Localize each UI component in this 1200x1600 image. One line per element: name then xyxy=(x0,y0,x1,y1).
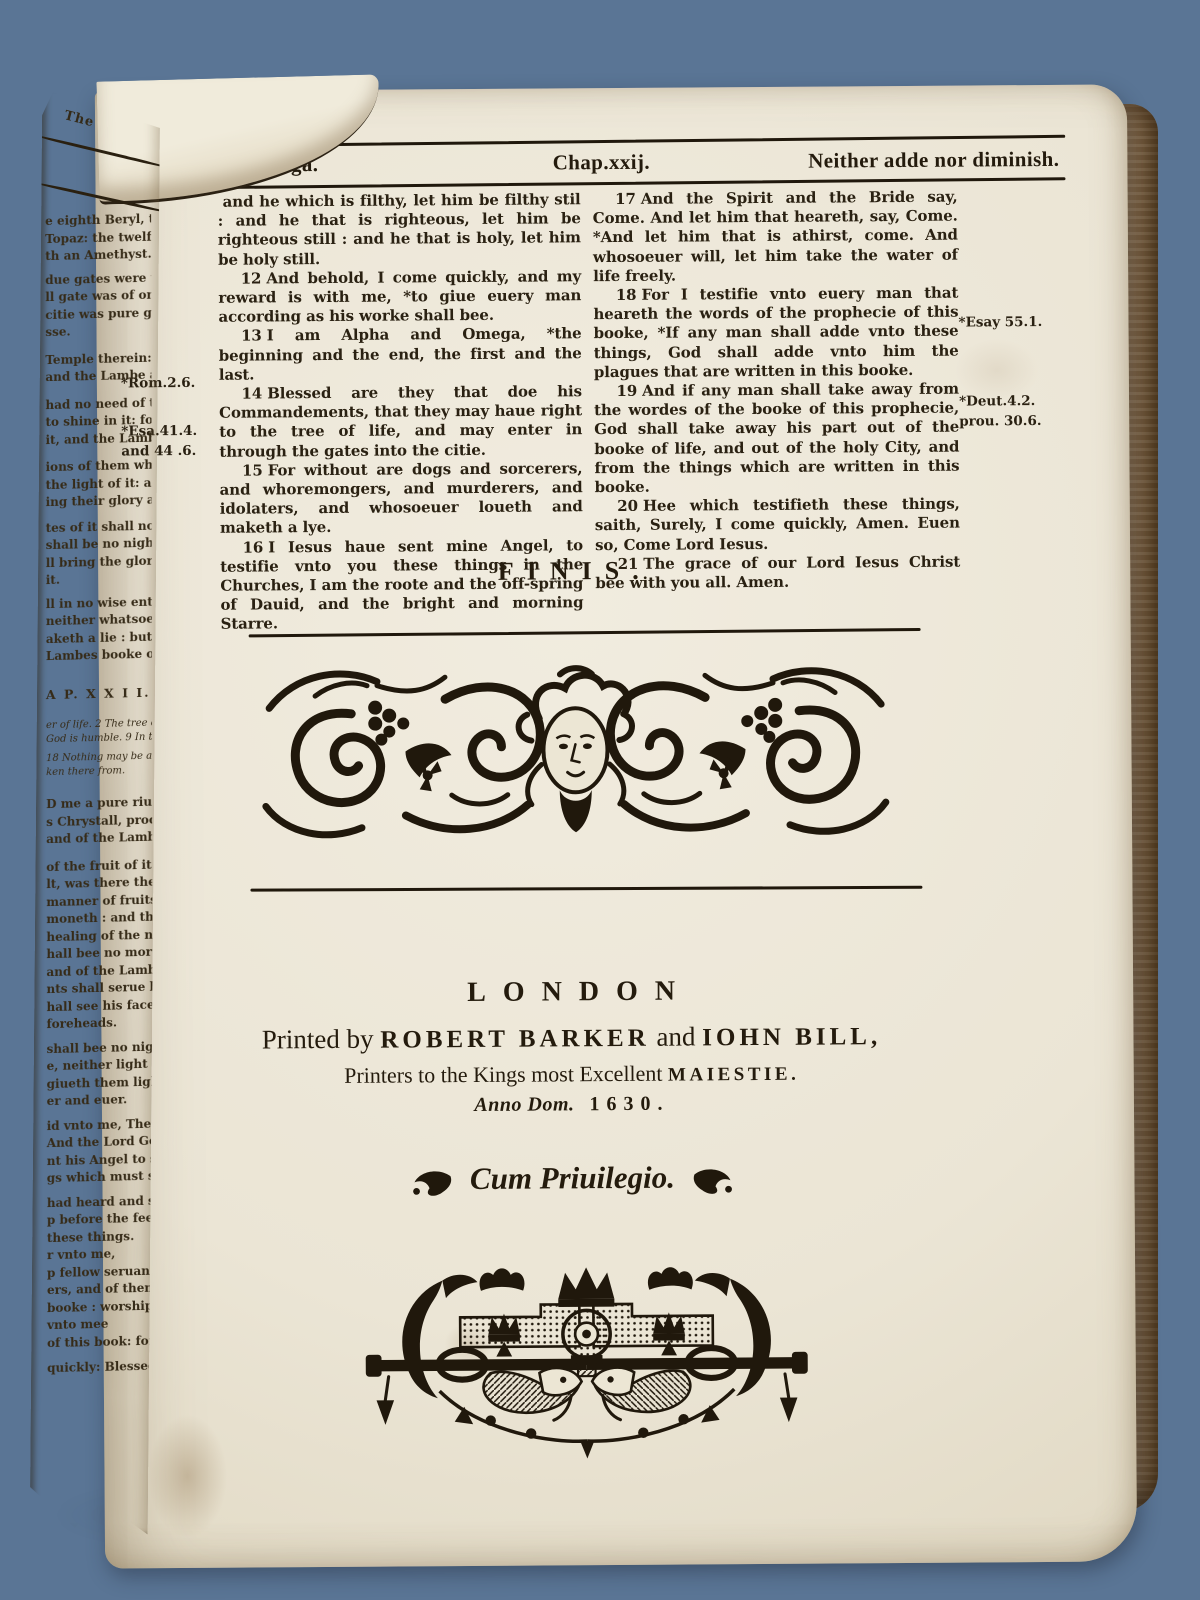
text-fragment-line: and the Lambe ar xyxy=(37,367,151,387)
scripture-column-right: 17And the Spirit and the Bride say, Come… xyxy=(593,188,961,594)
verse-number: 15 xyxy=(242,461,268,479)
divider-rule-below-headpiece xyxy=(250,886,922,891)
headpiece-woodcut-ornament xyxy=(255,652,896,856)
imprint-majesty-line: Printers to the Kings most Excellent Mai… xyxy=(102,1058,1042,1091)
verse-text: And if any man shall take away from the … xyxy=(594,380,960,497)
text-fragment-line: D me a pure riuer of w xyxy=(38,794,152,814)
verse-number: 16 xyxy=(242,538,268,556)
margin-note: prou. 30.6. xyxy=(959,413,1041,430)
printer-name-iohn-bill: Iohn Bill, xyxy=(702,1023,881,1051)
text-fragment-line: er and euer. xyxy=(39,1091,153,1111)
text-fragment-line: moneth : and the leau xyxy=(38,909,152,929)
text-fragment-line: and of the Lamb xyxy=(38,829,152,849)
text-fragment-line: e, neither light of the xyxy=(39,1056,153,1076)
cum-privilegio-text: Cum Priuilegio. xyxy=(470,1160,675,1196)
text-fragment-line: ing their glory and h xyxy=(38,492,152,512)
photograph-of-antique-bible-page: { "colors": { "background": "#5a7595", "… xyxy=(0,0,1200,1600)
margin-note: *Esay 55.1. xyxy=(958,314,1042,331)
verse-number: 14 xyxy=(241,384,267,402)
text-fragment-line: neither whatsoeuer w xyxy=(38,611,152,631)
anno-dom-text: Anno Dom. xyxy=(474,1093,574,1116)
verse-text: And behold, I come quickly, and my rewar… xyxy=(218,267,581,326)
cum-privilegio-line: Cum Priuilegio. xyxy=(102,1157,1042,1200)
main-page: Alpha and Omega. Chap.xxij. Neither adde… xyxy=(95,84,1137,1568)
text-fragment-line: quickly: Blessed xyxy=(39,1358,153,1378)
year-text: 1630. xyxy=(579,1093,669,1116)
imprint-block: LONDON Printed by Robert Barker and Iohn… xyxy=(101,973,1042,1120)
majesty-line-prefix: Printers to the Kings most Excellent xyxy=(344,1061,663,1088)
text-fragment-line: e eighth Beryl, the nin xyxy=(37,211,151,231)
text-fragment-line: booke : worship God xyxy=(39,1297,153,1317)
printed-by-text: Printed by xyxy=(262,1024,374,1055)
verse-number: 12 xyxy=(241,269,267,287)
verse-text: I am Alpha and Omega, *the beginning and… xyxy=(219,325,582,384)
text-fragment-line: nts shall serue him. xyxy=(38,979,152,999)
text-fragment-line: 18 Nothing may be ad xyxy=(38,750,152,767)
verse-paragraph: 14Blessed are they that doe his Commande… xyxy=(219,382,583,461)
text-fragment-line: ken there from. xyxy=(38,764,152,781)
verse-paragraph: 15For without are dogs and sorcerers, an… xyxy=(219,459,583,538)
text-fragment-line: hall bee no more curs xyxy=(38,944,152,964)
text-fragment-line: th an Amethyst. xyxy=(37,246,151,266)
and-text: and xyxy=(656,1021,695,1051)
text-fragment-line: gs which must short xyxy=(39,1168,153,1188)
text-fragment-line: ions of them which a xyxy=(38,457,152,477)
margin-notes-right: *Esay 55.1.*Deut.4.2.prou. 30.6. xyxy=(958,187,1098,188)
previous-page-edge: The e eighth Beryl, the ninTopaz: the tw… xyxy=(30,84,161,1535)
text-fragment-line: it. xyxy=(38,570,152,590)
verse-text: For I testifie vnto euery man that heare… xyxy=(593,284,958,381)
verse-paragraph: and he which is filthy, let him be filth… xyxy=(218,190,582,269)
verse-number: 20 xyxy=(617,497,643,515)
previous-page-header-rule xyxy=(37,182,161,214)
text-fragment-line: lt, was there the tree xyxy=(38,874,152,894)
verse-number: 18 xyxy=(616,286,642,304)
text-fragment-line: hall see his face, and xyxy=(38,996,152,1016)
text-fragment-line: A P. X X I I. xyxy=(38,683,152,703)
imprint-date-line: Anno Dom. 1630. xyxy=(102,1090,1042,1120)
text-fragment-line: sse. xyxy=(37,322,151,342)
majesty-word: Maiestie. xyxy=(668,1064,799,1086)
text-fragment-line: it, and the Lambe i xyxy=(37,429,151,449)
text-fragment-line: shall be no night the xyxy=(38,535,152,555)
imprint-printers-line: Printed by Robert Barker and Iohn Bill, xyxy=(101,1019,1041,1057)
verse-number: 13 xyxy=(241,327,267,345)
text-fragment-line: of this book: for th xyxy=(39,1332,153,1352)
text-fragment-line: And the Lord God xyxy=(39,1133,153,1153)
fleuron-right-icon xyxy=(691,1165,737,1195)
verse-text: And the Spirit and the Bride say, Come. … xyxy=(593,188,958,285)
previous-page-header-rule xyxy=(37,135,160,169)
verse-paragraph: 20Hee which testifieth these things, sai… xyxy=(595,495,960,555)
tailpiece-woodcut-ornament xyxy=(358,1255,815,1468)
text-fragment-line: God is humble. 9 In th xyxy=(38,731,152,748)
verse-text: Hee which testifieth these things, saith… xyxy=(595,495,960,554)
verse-text: Blessed are they that doe his Commandeme… xyxy=(219,382,582,460)
verse-number: 19 xyxy=(616,382,642,400)
text-fragment-line: ll gate was of one pe xyxy=(37,287,151,307)
verse-number: 17 xyxy=(615,190,641,208)
margin-note: *Deut.4.2. xyxy=(959,393,1035,410)
text-fragment-line: ll bring the glory and xyxy=(38,552,152,572)
imprint-city: LONDON xyxy=(101,973,1041,1012)
verse-paragraph: 12And behold, I come quickly, and my rew… xyxy=(218,267,581,327)
verse-text: For without are dogs and sorcerers, and … xyxy=(220,459,583,537)
running-header-right: Neither adde nor diminish. xyxy=(701,146,1065,174)
verse-paragraph: 18For I testifie vnto euery man that hea… xyxy=(593,284,959,383)
verse-paragraph: 17And the Spirit and the Bride say, Come… xyxy=(593,188,959,287)
text-fragment-line: to shine in it: for the xyxy=(37,412,151,432)
verse-paragraph: 19And if any man shall take away from th… xyxy=(594,380,960,498)
text-fragment-line: Lambes booke of lif. xyxy=(38,646,152,666)
text-fragment-line: ers, and of them which ke xyxy=(39,1280,153,1300)
text-fragment-line: p before the feet of t xyxy=(39,1210,153,1230)
previous-page-header-fragment: The xyxy=(63,108,96,130)
chapter-heading: Chap.xxij. xyxy=(501,149,701,175)
verse-text: and he which is filthy, let him be filth… xyxy=(218,190,581,268)
text-fragment-line: citie was pure gold, lik xyxy=(37,304,151,324)
printer-name-robert-barker: Robert Barker xyxy=(380,1025,650,1054)
text-fragment-line: foreheads. xyxy=(39,1014,153,1034)
fleuron-left-icon xyxy=(408,1167,454,1197)
text-fragment-line: giueth them light, an xyxy=(39,1073,153,1093)
verse-paragraph: 13I am Alpha and Omega, *the beginning a… xyxy=(219,325,582,385)
previous-page-text-fragments: e eighth Beryl, the ninTopaz: the twelft… xyxy=(37,211,153,1378)
